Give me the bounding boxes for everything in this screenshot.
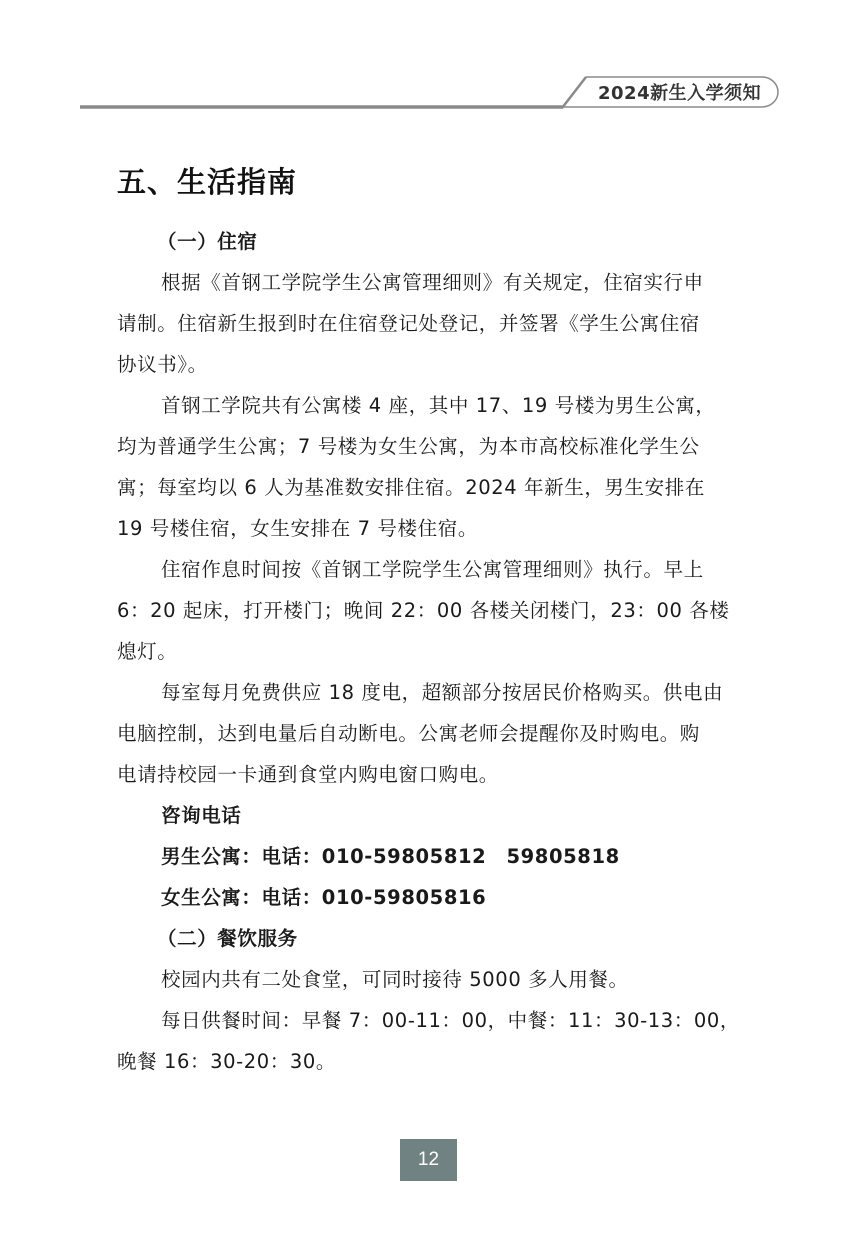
text-line: 住宿作息时间按《首钢工学院学生公寓管理细则》执行。早上 xyxy=(117,552,757,588)
text-line: 电请持校园一卡通到食堂内购电窗口购电。 xyxy=(117,757,757,793)
dining-heading: （二）餐饮服务 xyxy=(117,921,757,957)
text-line: 均为普通学生公寓；7 号楼为女生公寓，为本市高校标准化学生公 xyxy=(117,429,757,465)
text-line: 电脑控制，达到电量后自动断电。公寓老师会提醒你及时购电。购 xyxy=(117,716,757,752)
male-dorm-phone: 男生公寓：电话：010-59805812 59805818 xyxy=(117,839,757,875)
housing-paragraph-1: 根据《首钢工学院学生公寓管理细则》有关规定，住宿实行申 请制。住宿新生报到时在住… xyxy=(117,265,757,383)
text-line: 校园内共有二处食堂，可同时接待 5000 多人用餐。 xyxy=(117,962,757,998)
female-dorm-phone: 女生公寓：电话：010-59805816 xyxy=(117,880,757,916)
text-line: 协议书》。 xyxy=(117,347,757,383)
text-line: 熄灯。 xyxy=(117,634,757,670)
dining-paragraph-2: 每日供餐时间：早餐 7：00-11：00，中餐：11：30-13：00， 晚餐 … xyxy=(117,1003,757,1080)
page-number: 12 xyxy=(400,1139,457,1181)
housing-paragraph-4: 每室每月免费供应 18 度电，超额部分按居民价格购买。供电由 电脑控制，达到电量… xyxy=(117,675,757,793)
contact-section: 咨询电话 男生公寓：电话：010-59805812 59805818 女生公寓：… xyxy=(117,798,757,916)
text-line: 6：20 起床，打开楼门；晚间 22：00 各楼关闭楼门，23：00 各楼 xyxy=(117,593,757,629)
housing-paragraph-2: 首钢工学院共有公寓楼 4 座，其中 17、19 号楼为男生公寓， 均为普通学生公… xyxy=(117,388,757,547)
text-line: 每室每月免费供应 18 度电，超额部分按居民价格购买。供电由 xyxy=(117,675,757,711)
document-body: （一）住宿 根据《首钢工学院学生公寓管理细则》有关规定，住宿实行申 请制。住宿新… xyxy=(117,224,757,1080)
text-line: 请制。住宿新生报到时在住宿登记处登记，并签署《学生公寓住宿 xyxy=(117,306,757,342)
header-title: 2024新生入学须知 xyxy=(598,80,761,108)
section-title: 五、生活指南 xyxy=(117,160,297,201)
text-line: 晚餐 16：30-20：30。 xyxy=(117,1044,757,1080)
contact-heading: 咨询电话 xyxy=(117,798,757,834)
housing-paragraph-3: 住宿作息时间按《首钢工学院学生公寓管理细则》执行。早上 6：20 起床，打开楼门… xyxy=(117,552,757,670)
text-line: 每日供餐时间：早餐 7：00-11：00，中餐：11：30-13：00， xyxy=(117,1003,757,1039)
dining-paragraph-1: 校园内共有二处食堂，可同时接待 5000 多人用餐。 xyxy=(117,962,757,998)
text-line: 首钢工学院共有公寓楼 4 座，其中 17、19 号楼为男生公寓， xyxy=(117,388,757,424)
housing-heading: （一）住宿 xyxy=(117,224,757,260)
text-line: 19 号楼住宿，女生安排在 7 号楼住宿。 xyxy=(117,511,757,547)
header-decoration xyxy=(0,0,856,130)
text-line: 根据《首钢工学院学生公寓管理细则》有关规定，住宿实行申 xyxy=(117,265,757,301)
text-line: 寓；每室均以 6 人为基准数安排住宿。2024 年新生，男生安排在 xyxy=(117,470,757,506)
